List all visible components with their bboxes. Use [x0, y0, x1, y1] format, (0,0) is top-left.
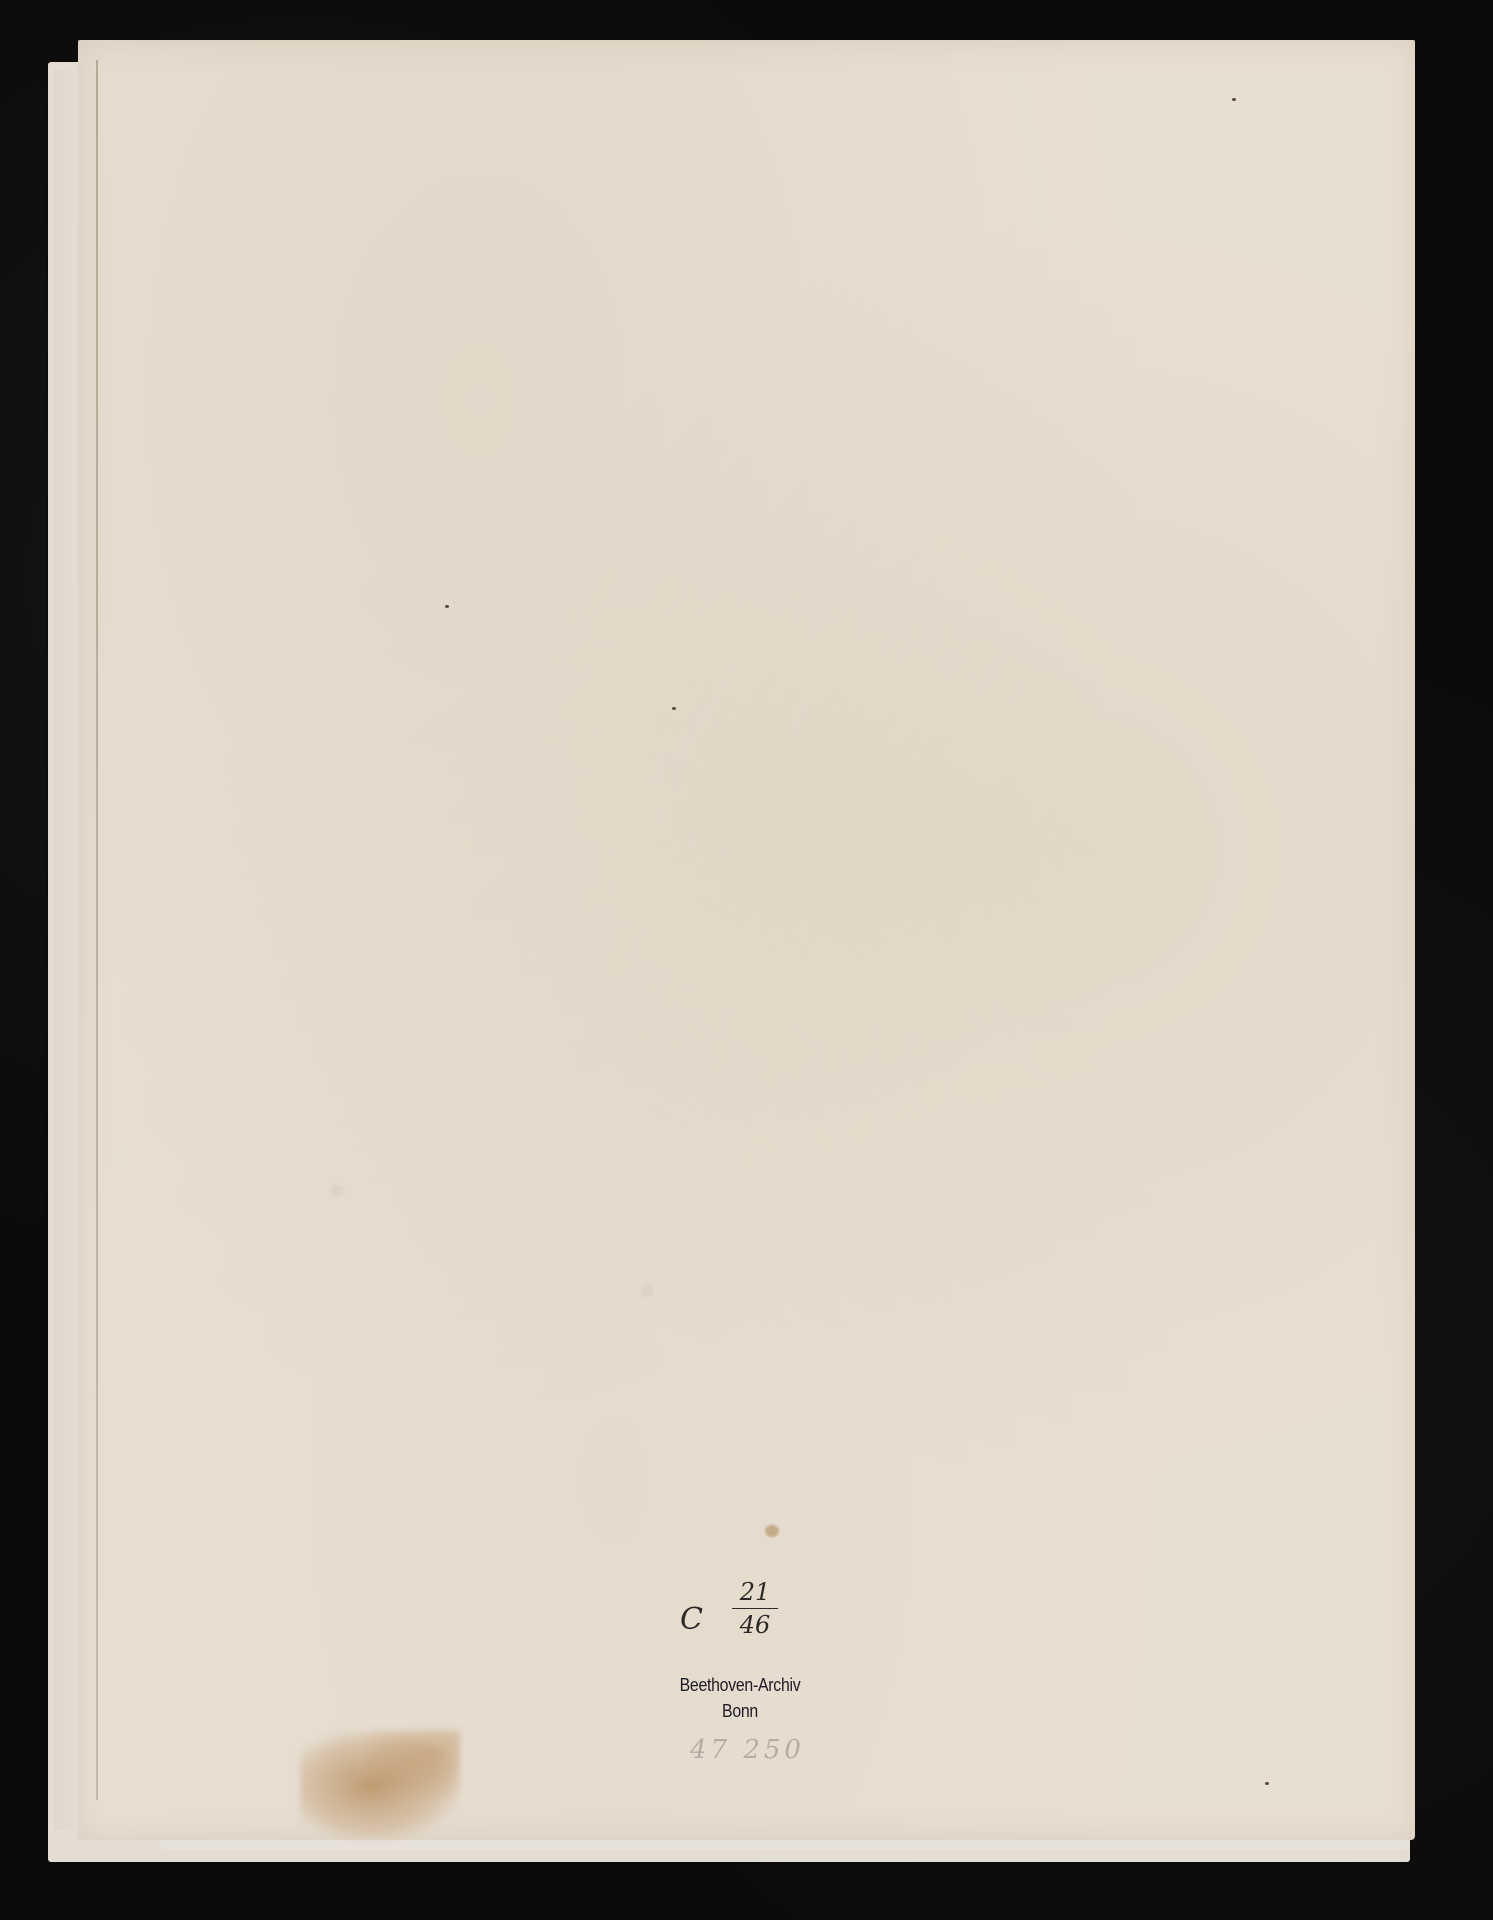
- stamp-line-city: Bonn: [652, 1698, 828, 1724]
- shelfmark-numerator: 21: [732, 1578, 778, 1609]
- paper-fleck: [445, 605, 449, 608]
- shelfmark-denominator: 46: [732, 1609, 778, 1639]
- foxing-spot: [765, 1525, 779, 1537]
- paper-fleck: [672, 707, 676, 710]
- paper-fleck: [1265, 1782, 1269, 1785]
- faint-pencil-note: 47 250: [690, 1735, 805, 1765]
- water-stain: [300, 1730, 460, 1840]
- shelfmark-letter: C: [680, 1602, 703, 1637]
- paper-sheet: [78, 40, 1415, 1840]
- stamp-line-archive: Beethoven-Archiv: [680, 1675, 801, 1695]
- fold-line: [96, 60, 98, 1800]
- paper-fleck: [1232, 98, 1236, 101]
- paper-blemish: [640, 1285, 654, 1297]
- shelfmark-fraction: 21 46: [732, 1578, 778, 1639]
- archive-stamp: Beethoven-Archiv Bonn: [652, 1672, 828, 1724]
- paper-blemish: [330, 1185, 344, 1197]
